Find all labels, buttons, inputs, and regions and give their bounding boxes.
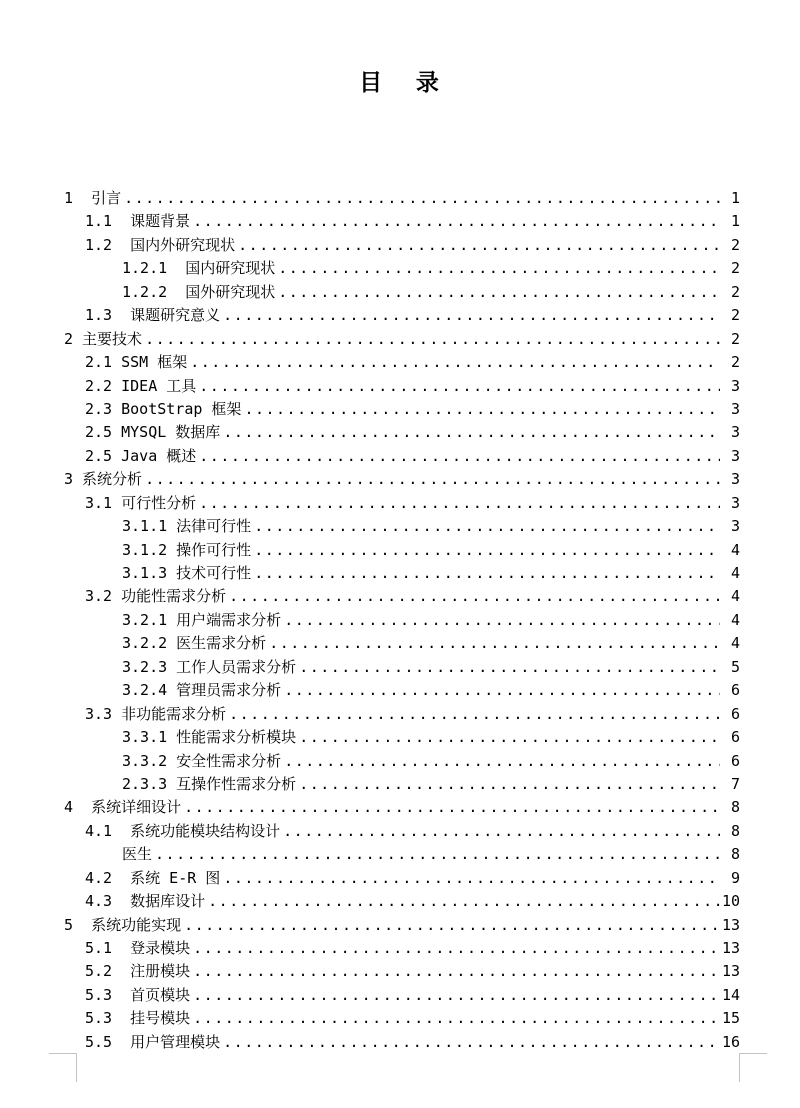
toc-leader-dots: ........................................… <box>284 679 720 702</box>
toc-leader-dots: ........................................… <box>199 492 720 515</box>
toc-page-number: 15 <box>722 1007 740 1030</box>
crop-mark-bottom-right <box>739 1053 767 1082</box>
toc-leader-dots: ........................................… <box>229 585 720 608</box>
toc-entry[interactable]: 2.1 SSM 框架 .............................… <box>64 351 740 374</box>
toc-entry-label: 3 系统分析 <box>64 468 142 491</box>
toc-entry[interactable]: 2.3.3 互操作性需求分析 .........................… <box>64 773 740 796</box>
toc-entry-label: 3.2.3 工作人员需求分析 <box>122 656 296 679</box>
toc-leader-dots: ........................................… <box>299 726 720 749</box>
toc-entry[interactable]: 2 主要技术 .................................… <box>64 328 740 351</box>
toc-entry[interactable]: 3.1.2 操作可行性 ............................… <box>64 539 740 562</box>
toc-entry-label: 1.3 课题研究意义 <box>85 304 220 327</box>
toc-entry-label: 3.2.4 管理员需求分析 <box>122 679 281 702</box>
toc-entry-label: 2.1 SSM 框架 <box>85 351 187 374</box>
toc-entry[interactable]: 4 系统详细设计 ...............................… <box>64 796 740 819</box>
toc-entry-label: 3.2 功能性需求分析 <box>85 585 226 608</box>
toc-leader-dots: ........................................… <box>199 445 720 468</box>
toc-entry[interactable]: 3.1.1 法律可行性 ............................… <box>64 515 740 538</box>
toc-entry-label: 5.2 注册模块 <box>85 960 190 983</box>
toc-entry-label: 4.1 系统功能模块结构设计 <box>85 820 280 843</box>
toc-page-number: 7 <box>722 773 740 796</box>
toc-leader-dots: ........................................… <box>193 960 720 983</box>
toc-leader-dots: ........................................… <box>269 632 720 655</box>
toc-page-number: 3 <box>722 398 740 421</box>
toc-page-number: 1 <box>722 187 740 210</box>
toc-entry[interactable]: 3.3.2 安全性需求分析 ..........................… <box>64 750 740 773</box>
toc-page-number: 2 <box>722 304 740 327</box>
toc-page-number: 6 <box>722 679 740 702</box>
toc-page-number: 3 <box>722 492 740 515</box>
toc-leader-dots: ........................................… <box>278 257 720 280</box>
toc-entry[interactable]: 3.1.3 技术可行性 ............................… <box>64 562 740 585</box>
toc-page-number: 3 <box>722 515 740 538</box>
toc-entry[interactable]: 5.3 挂号模块 ...............................… <box>64 1007 740 1030</box>
toc-leader-dots: ........................................… <box>223 1031 720 1054</box>
toc-entry-label: 3.1.1 法律可行性 <box>122 515 251 538</box>
toc-leader-dots: ........................................… <box>299 656 720 679</box>
toc-entry[interactable]: 3 系统分析 .................................… <box>64 468 740 491</box>
toc-page-number: 6 <box>722 750 740 773</box>
toc-entry[interactable]: 3.2.4 管理员需求分析 ..........................… <box>64 679 740 702</box>
toc-leader-dots: ........................................… <box>193 937 720 960</box>
toc-entry-label: 1.1 课题背景 <box>85 210 190 233</box>
toc-leader-dots: ........................................… <box>193 1007 720 1030</box>
toc-entry[interactable]: 5.5 用户管理模块 .............................… <box>64 1031 740 1054</box>
toc-entry-label: 2 主要技术 <box>64 328 142 351</box>
toc-entry-label: 3.3.2 安全性需求分析 <box>122 750 281 773</box>
toc-leader-dots: ........................................… <box>278 281 720 304</box>
toc-entry-label: 2.3 BootStrap 框架 <box>85 398 241 421</box>
toc-entry[interactable]: 4.2 系统 E-R 图 ...........................… <box>64 867 740 890</box>
toc-entry-label: 5.3 首页模块 <box>85 984 190 1007</box>
page-title: 目 录 <box>0 64 800 97</box>
toc-entry[interactable]: 3.2.2 医生需求分析 ...........................… <box>64 632 740 655</box>
toc-page-number: 8 <box>722 820 740 843</box>
toc-entry-label: 1.2 国内外研究现状 <box>85 234 235 257</box>
document-page: 目 录 1 引言 ...............................… <box>0 0 800 1108</box>
toc-page-number: 2 <box>722 234 740 257</box>
toc-leader-dots: ........................................… <box>124 187 720 210</box>
toc-entry[interactable]: 医生 .....................................… <box>64 843 740 866</box>
toc-page-number: 13 <box>722 914 740 937</box>
toc-entry-label: 1.2.2 国外研究现状 <box>122 281 275 304</box>
toc-page-number: 5 <box>722 656 740 679</box>
toc-entry[interactable]: 3.2.3 工作人员需求分析 .........................… <box>64 656 740 679</box>
toc-entry[interactable]: 2.3 BootStrap 框架 .......................… <box>64 398 740 421</box>
toc-leader-dots: ........................................… <box>238 234 720 257</box>
toc-page-number: 4 <box>722 585 740 608</box>
toc-entry-label: 1.2.1 国内研究现状 <box>122 257 275 280</box>
toc-leader-dots: ........................................… <box>223 421 720 444</box>
toc-page-number: 8 <box>722 796 740 819</box>
toc-page-number: 3 <box>722 421 740 444</box>
toc-entry-label: 医生 <box>122 843 152 866</box>
toc-page-number: 3 <box>722 375 740 398</box>
toc-entry-label: 4.2 系统 E-R 图 <box>85 867 220 890</box>
toc-entry[interactable]: 2.5 Java 概述 ............................… <box>64 445 740 468</box>
toc-entry-label: 5.1 登录模块 <box>85 937 190 960</box>
toc-entry[interactable]: 3.1 可行性分析 ..............................… <box>64 492 740 515</box>
toc-page-number: 2 <box>722 281 740 304</box>
toc-leader-dots: ........................................… <box>284 750 720 773</box>
toc-entry-label: 3.3.1 性能需求分析模块 <box>122 726 296 749</box>
toc-leader-dots: ........................................… <box>284 609 720 632</box>
toc-leader-dots: ........................................… <box>208 890 720 913</box>
toc-leader-dots: ........................................… <box>299 773 720 796</box>
toc-entry[interactable]: 1.2 国内外研究现状 ............................… <box>64 234 740 257</box>
toc-entry[interactable]: 5 系统功能实现 ...............................… <box>64 914 740 937</box>
toc-page-number: 2 <box>722 328 740 351</box>
toc-leader-dots: ........................................… <box>155 843 720 866</box>
toc-leader-dots: ........................................… <box>254 539 720 562</box>
toc-entry[interactable]: 4.1 系统功能模块结构设计 .........................… <box>64 820 740 843</box>
toc-page-number: 6 <box>722 703 740 726</box>
toc-entry[interactable]: 3.3 非功能需求分析 ............................… <box>64 703 740 726</box>
toc-list: 1 引言 ...................................… <box>64 187 740 1054</box>
toc-page-number: 14 <box>722 984 740 1007</box>
toc-page-number: 9 <box>722 867 740 890</box>
toc-entry[interactable]: 2.5 MYSQL 数据库 ..........................… <box>64 421 740 444</box>
toc-entry-label: 2.2 IDEA 工具 <box>85 375 196 398</box>
toc-entry[interactable]: 1.2.1 国内研究现状 ...........................… <box>64 257 740 280</box>
toc-entry[interactable]: 1 引言 ...................................… <box>64 187 740 210</box>
toc-page-number: 3 <box>722 445 740 468</box>
toc-entry[interactable]: 1.2.2 国外研究现状 ...........................… <box>64 281 740 304</box>
toc-page-number: 4 <box>722 609 740 632</box>
crop-mark-bottom-left <box>49 1053 77 1082</box>
toc-leader-dots: ........................................… <box>254 562 720 585</box>
toc-leader-dots: ........................................… <box>184 914 720 937</box>
toc-entry[interactable]: 2.2 IDEA 工具 ............................… <box>64 375 740 398</box>
toc-leader-dots: ........................................… <box>229 703 720 726</box>
toc-entry[interactable]: 1.3 课题研究意义 .............................… <box>64 304 740 327</box>
toc-page-number: 6 <box>722 726 740 749</box>
toc-entry[interactable]: 3.2 功能性需求分析 ............................… <box>64 585 740 608</box>
toc-leader-dots: ........................................… <box>145 468 720 491</box>
toc-leader-dots: ........................................… <box>244 398 720 421</box>
toc-entry-label: 5 系统功能实现 <box>64 914 181 937</box>
toc-entry-label: 4.3 数据库设计 <box>85 890 205 913</box>
toc-page-number: 4 <box>722 539 740 562</box>
toc-page-number: 13 <box>722 937 740 960</box>
toc-entry-label: 3.1.3 技术可行性 <box>122 562 251 585</box>
toc-entry-label: 2.3.3 互操作性需求分析 <box>122 773 296 796</box>
toc-entry[interactable]: 5.1 登录模块 ...............................… <box>64 937 740 960</box>
toc-leader-dots: ........................................… <box>145 328 720 351</box>
toc-entry[interactable]: 5.3 首页模块 ...............................… <box>64 984 740 1007</box>
toc-entry-label: 2.5 Java 概述 <box>85 445 196 468</box>
toc-leader-dots: ........................................… <box>254 515 720 538</box>
toc-page-number: 10 <box>722 890 740 913</box>
toc-page-number: 4 <box>722 632 740 655</box>
toc-entry-label: 3.1 可行性分析 <box>85 492 196 515</box>
toc-entry-label: 3.3 非功能需求分析 <box>85 703 226 726</box>
toc-entry-label: 5.3 挂号模块 <box>85 1007 190 1030</box>
toc-entry-label: 4 系统详细设计 <box>64 796 181 819</box>
toc-page-number: 16 <box>722 1031 740 1054</box>
toc-entry[interactable]: 5.2 注册模块 ...............................… <box>64 960 740 983</box>
toc-leader-dots: ........................................… <box>193 210 720 233</box>
toc-entry[interactable]: 4.3 数据库设计 ..............................… <box>64 890 740 913</box>
toc-entry-label: 3.2.1 用户端需求分析 <box>122 609 281 632</box>
toc-leader-dots: ........................................… <box>193 984 720 1007</box>
toc-entry[interactable]: 3.2.1 用户端需求分析 ..........................… <box>64 609 740 632</box>
toc-leader-dots: ........................................… <box>223 867 720 890</box>
toc-entry-label: 1 引言 <box>64 187 121 210</box>
toc-page-number: 4 <box>722 562 740 585</box>
toc-page-number: 1 <box>722 210 740 233</box>
toc-page-number: 3 <box>722 468 740 491</box>
toc-page-number: 2 <box>722 351 740 374</box>
toc-leader-dots: ........................................… <box>283 820 720 843</box>
toc-leader-dots: ........................................… <box>184 796 720 819</box>
toc-leader-dots: ........................................… <box>199 375 720 398</box>
toc-leader-dots: ........................................… <box>190 351 720 374</box>
toc-entry-label: 5.5 用户管理模块 <box>85 1031 220 1054</box>
toc-entry-label: 3.2.2 医生需求分析 <box>122 632 266 655</box>
toc-page-number: 2 <box>722 257 740 280</box>
toc-entry[interactable]: 3.3.1 性能需求分析模块 .........................… <box>64 726 740 749</box>
toc-page-number: 13 <box>722 960 740 983</box>
toc-leader-dots: ........................................… <box>223 304 720 327</box>
toc-entry[interactable]: 1.1 课题背景 ...............................… <box>64 210 740 233</box>
toc-entry-label: 2.5 MYSQL 数据库 <box>85 421 220 444</box>
toc-page-number: 8 <box>722 843 740 866</box>
toc-entry-label: 3.1.2 操作可行性 <box>122 539 251 562</box>
